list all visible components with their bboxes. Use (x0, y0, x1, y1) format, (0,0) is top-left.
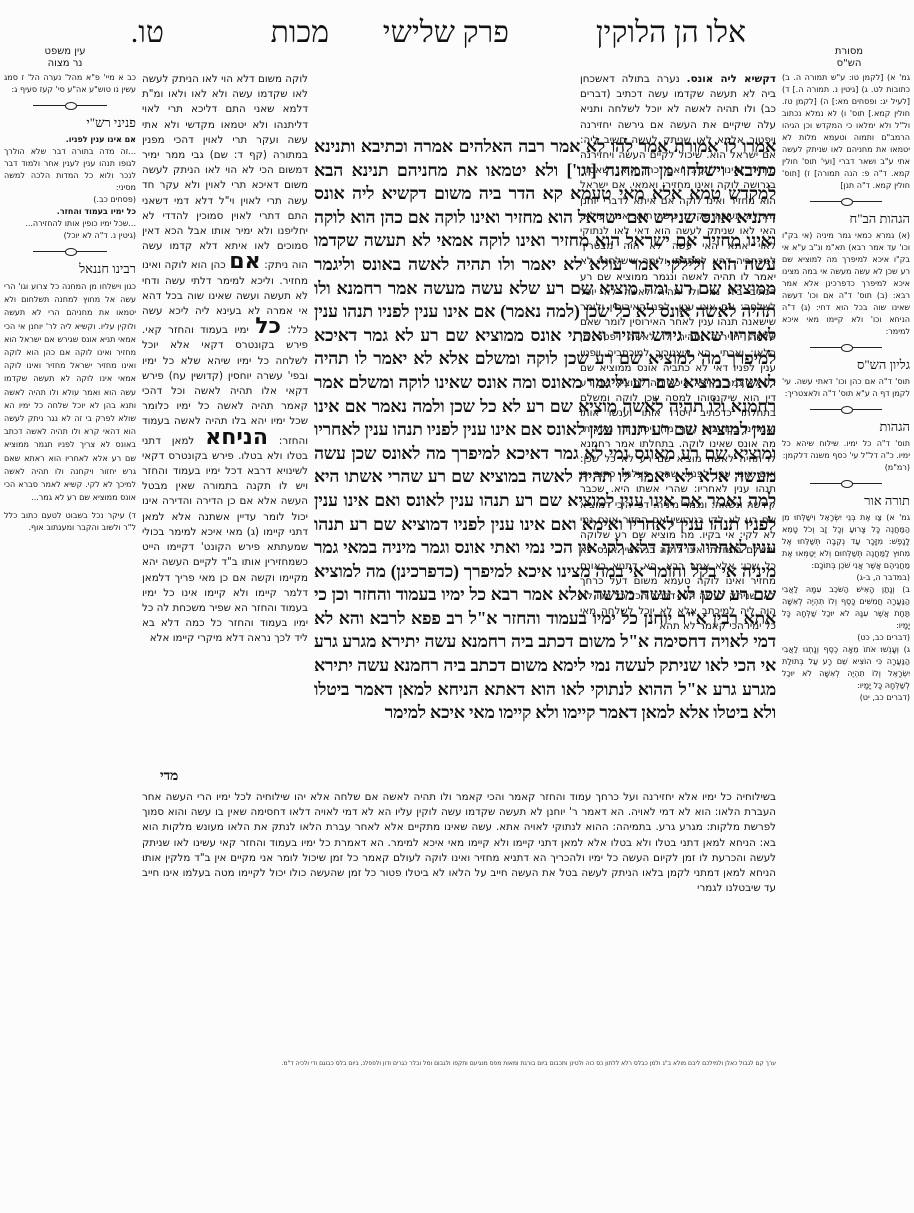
pnei-rashi-1-ref: (פסחים כב.) (4, 194, 136, 206)
footer-note-line: ערך קם לגבול כאלן ולמילכם ליבם מולא ב"ג … (142, 1060, 776, 1068)
pnei-rashi-2-text: ...שכל ימיו כופין אותו להחזירה... (4, 218, 136, 230)
ein-mishpat-column: כב א מיי' פ"א מהל' נערה הל' ז סמג עשין נ… (4, 72, 136, 1072)
torah-or-verse-2: ב) וְנָתַן הָאִישׁ הַשֹּׁכֵב עִמָּהּ לַא… (782, 584, 910, 632)
section-title-hagahot: הגהות (782, 418, 910, 436)
chapter-number: פרק שלישי (383, 16, 509, 50)
gemara-lead-word: אמרו (742, 136, 776, 156)
tosafot-dibbur-3: הניחא (205, 425, 268, 450)
ornament-divider (782, 342, 910, 352)
gilyon-hashas-entries: תוס' ד"ה אם כהן וכו' דאתי עשה. עי' לקמן … (782, 376, 910, 400)
masoret-label: מסורת הש"ס (819, 46, 879, 70)
ornament-divider (4, 100, 136, 110)
masoret-label-line1: מסורת (819, 46, 879, 58)
masoret-hashas-column: גמ' א) [לקמן טו: ע"ש תמורה ה. ב) כתובות … (782, 72, 910, 972)
torah-or-verse-2-ref: (דברים כב, כט) (782, 632, 910, 644)
tosafot-column: לוקה משום דלא הוי לאו הניתק לעשה לאו שקד… (142, 72, 308, 760)
tosafot-dibbur-1: אם (229, 249, 260, 274)
ornament-divider (782, 196, 910, 206)
rashi-continuation-text: בשילוחיה כל ימיו אלא יחזירנה ועל כרחך עמ… (142, 791, 776, 894)
rashi-continuation-bottom: בשילוחיה כל ימיו אלא יחזירנה ועל כרחך עמ… (142, 790, 776, 1056)
folio-number: טו. (131, 16, 164, 50)
masoret-label-line2: הש"ס (819, 58, 879, 70)
gemara-paragraph: לו אמורת אמר להו לא אמר רבה האלהים אמרה … (314, 136, 776, 722)
ein-mishpat-label: עין משפט נר מצוה (35, 46, 95, 70)
torah-or-verse-3-ref: (דברים כב, יט) (782, 692, 910, 704)
rashi-opening: דקשיא ליה אונס. (687, 73, 776, 85)
pnei-rashi-1-head: אם אינו ענין לפניו. (4, 134, 136, 146)
ornament-divider (782, 404, 910, 414)
pnei-rashi-2-ref: (גיטין נ. ד"ה לא יוכל) (4, 230, 136, 242)
gemara-main-text: אמרו לו אמורת אמר להו לא אמר רבה האלהים … (314, 135, 776, 765)
ein-mishpat-label-line1: עין משפט (35, 46, 95, 58)
section-title-torah-or: תורה אור (782, 492, 910, 510)
footer-left-notes: ד) עיקר נכל בשבוט לטעם כתוב כלל ל"ר ולשו… (4, 510, 136, 534)
hagahot-entries: תוס' ד"ה כל ימיו. שילוח שיהא כל ימיו. כ"… (782, 438, 910, 462)
torah-or-verse-3: ג) וְעָנְשׁוּ אֹתוֹ מֵאָה כֶסֶף וְנָתְנו… (782, 644, 910, 692)
section-title-gilyon-hashas: גליון הש"ס (782, 356, 910, 374)
tosafot-text: לוקה משום דלא הוי לאו הניתק לעשה לאו שקד… (142, 73, 308, 271)
hagahot-ref: (רמ"מ) (782, 462, 910, 474)
catchword: מדי (160, 765, 178, 789)
ornament-divider (4, 246, 136, 256)
tractate-name: מכות (271, 16, 329, 50)
masoret-entries: גמ' א) [לקמן טו: ע"ש תמורה ה. ב) כתובות … (782, 72, 910, 192)
hagahot-habach-entries: (א) גמרא כמאי גמר מיניה (אי בק"ו וכו' עד… (782, 230, 910, 338)
pnei-rashi-2-head: כל ימיו בעמוד והחזר. (4, 206, 136, 218)
section-title-hagahot-habach: הגהות הב"ח (782, 210, 910, 228)
tosafot-dibbur-2: כל (255, 314, 281, 339)
chapter-name: אלו הן הלוקין (596, 16, 746, 50)
section-title-rabbeinu-chananel: רבינו חננאל (4, 260, 136, 278)
ein-mishpat-label-line2: נר מצוה (35, 58, 95, 70)
torah-or-verse-1: גמ' א) צַו אֶת בְּנֵי יִשְׂרָאֵל וִישַׁל… (782, 512, 910, 572)
pnei-rashi-1-text: ...זה מדה בתורה דבר שלא הולרך לגופו תנהו… (4, 146, 136, 194)
tosafot-dibbur-3-text: למאן דתני בטלו ולא בטלו. פירש בקונטרס דק… (142, 435, 308, 645)
section-title-pnei-rashi: פניני רש"י (4, 114, 136, 132)
ein-mishpat-entry: כב א מיי' פ"א מהל' נערה הל' ז סמג עשין נ… (4, 72, 136, 96)
rabbeinu-chananel-text: כגון וישלחו מן המחנה כל צרוע וגו' הרי עש… (4, 280, 136, 504)
ornament-divider (782, 478, 910, 488)
torah-or-verse-1-ref: (במדבר ה, ב-ג) (782, 572, 910, 584)
